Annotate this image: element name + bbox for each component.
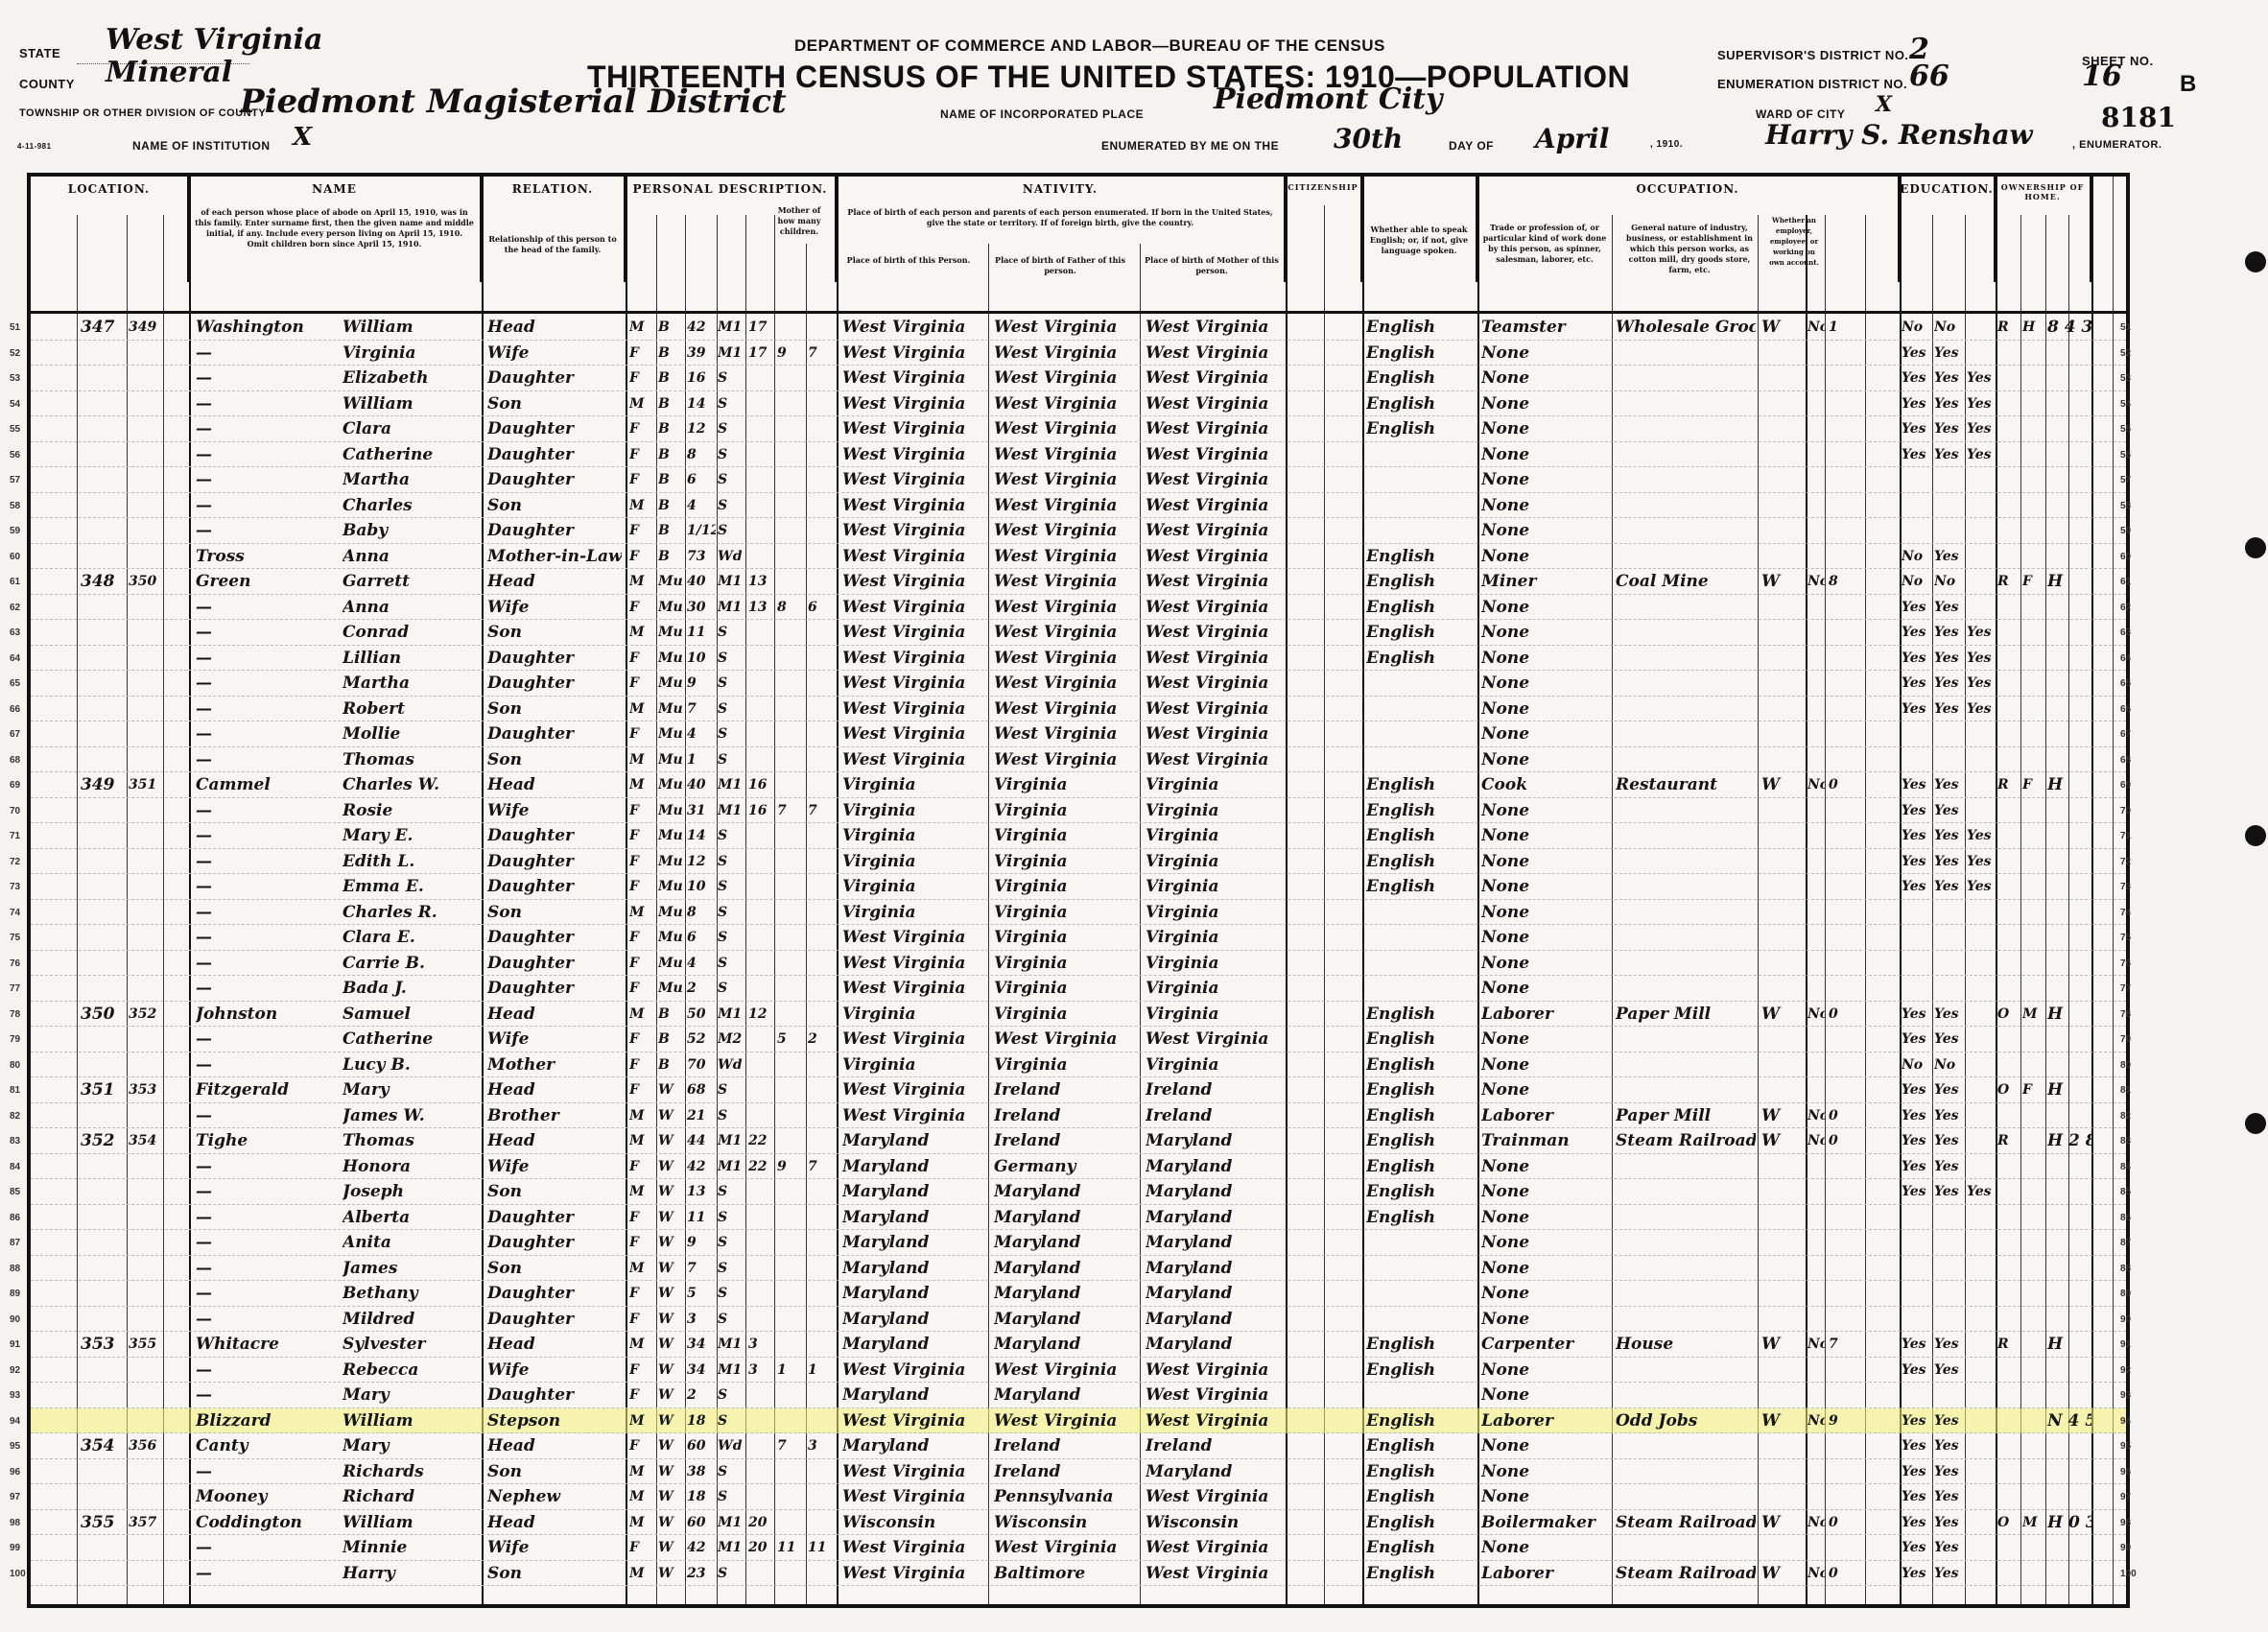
cell-dwelling xyxy=(81,1535,127,1560)
table-row[interactable]: 8888—JamesSonMW7SMarylandMarylandMarylan… xyxy=(31,1256,2126,1282)
cell-own: O xyxy=(1997,1002,2020,1027)
cell-sex: F xyxy=(629,1230,656,1255)
cell-read: Yes xyxy=(1902,1358,1932,1383)
cell-age: 42 xyxy=(687,1154,716,1179)
cell-trade: Boilermaker xyxy=(1481,1510,1611,1535)
cell-write xyxy=(1934,747,1965,772)
cell-surname: — xyxy=(196,391,340,416)
cell-given: William xyxy=(343,315,482,340)
cell-read: Yes xyxy=(1902,391,1932,416)
cell-given: Richards xyxy=(343,1459,482,1484)
cell-pob: West Virginia xyxy=(842,569,986,594)
table-row[interactable]: 8282—James W.BrotherMW21SWest VirginiaIr… xyxy=(31,1103,2126,1129)
line-number: 88 xyxy=(2120,1264,2131,1274)
cell-write: Yes xyxy=(1934,391,1965,416)
cell-read xyxy=(1902,721,1932,746)
cell-relation: Head xyxy=(487,1077,622,1102)
cell-write: Yes xyxy=(1934,1358,1965,1383)
table-row[interactable]: 9696—RichardsSonMW38SWest VirginiaIrelan… xyxy=(31,1459,2126,1485)
cell-own xyxy=(1997,366,2020,390)
cell-years-married xyxy=(748,1281,773,1306)
cell-pob-father: Ireland xyxy=(994,1433,1138,1458)
table-row[interactable]: 5757—MarthaDaughterFB6SWest VirginiaWest… xyxy=(31,467,2126,493)
cell-family xyxy=(129,341,163,366)
cell-extra: N 4 5 3 2 1 xyxy=(2047,1408,2091,1433)
cell-marital: Wd xyxy=(718,1053,746,1077)
line-number: 83 xyxy=(2120,1136,2131,1147)
table-row[interactable]: 7474—Charles R.SonMMu8SVirginiaVirginiaV… xyxy=(31,900,2126,926)
cell-living xyxy=(808,1179,837,1204)
cell-race: W xyxy=(658,1256,685,1281)
cell-race: B xyxy=(658,315,685,340)
cell-sex: F xyxy=(629,518,656,543)
cell-pob: West Virginia xyxy=(842,416,986,441)
table-row[interactable]: 7575—Clara E.DaughterFMu6SWest VirginiaV… xyxy=(31,925,2126,951)
cell-surname: — xyxy=(196,1358,340,1383)
table-row[interactable]: 6868—ThomasSonMMu1SWest VirginiaWest Vir… xyxy=(31,747,2126,773)
line-number: 98 xyxy=(10,1518,20,1528)
cell-years-married: 13 xyxy=(748,595,773,620)
cell-sex: M xyxy=(629,697,656,721)
cell-weeks xyxy=(1829,1154,1863,1179)
table-row[interactable]: 8585—JosephSonMW13SMarylandMarylandMaryl… xyxy=(31,1179,2126,1205)
cell-pob-father: West Virginia xyxy=(994,671,1138,696)
cell-pob-mother: Maryland xyxy=(1146,1230,1286,1255)
cell-language xyxy=(1366,671,1477,696)
cell-race: Mu xyxy=(658,798,685,823)
cell-sex: M xyxy=(629,569,656,594)
cell-race: W xyxy=(658,1459,685,1484)
cell-class xyxy=(1761,747,1804,772)
cell-write: Yes xyxy=(1934,366,1965,390)
table-row[interactable]: 7777—Bada J.DaughterFMu2SWest VirginiaVi… xyxy=(31,976,2126,1002)
table-row[interactable]: 5252—VirginiaWifeFB39M11797West Virginia… xyxy=(31,341,2126,367)
table-row[interactable]: 5454—WilliamSonMB14SWest VirginiaWest Vi… xyxy=(31,391,2126,417)
cell-read: Yes xyxy=(1902,849,1932,874)
line-number: 91 xyxy=(10,1339,20,1350)
cell-living xyxy=(808,849,837,874)
cell-surname: Canty xyxy=(196,1433,340,1458)
cell-school xyxy=(1967,1230,1996,1255)
cell-class: W xyxy=(1761,772,1804,797)
cell-out-of-work xyxy=(1807,925,1825,950)
line-number: 57 xyxy=(10,475,20,485)
cell-dwelling: 348 xyxy=(81,569,127,594)
cell-born xyxy=(777,315,806,340)
table-row[interactable]: 100100—HarrySonMW23SWest VirginiaBaltimo… xyxy=(31,1561,2126,1587)
cell-age: 14 xyxy=(687,391,716,416)
cell-trade: None xyxy=(1481,620,1611,645)
cell-pob-mother: West Virginia xyxy=(1146,391,1286,416)
cell-own xyxy=(1997,925,2020,950)
cell-own xyxy=(1997,1256,2020,1281)
cell-school xyxy=(1967,1332,1996,1357)
cell-weeks xyxy=(1829,1027,1863,1052)
table-row[interactable]: 5555—ClaraDaughterFB12SWest VirginiaWest… xyxy=(31,416,2126,442)
cell-race: B xyxy=(658,1027,685,1052)
cell-surname: — xyxy=(196,1383,340,1407)
cell-pob-mother: West Virginia xyxy=(1146,646,1286,671)
cell-relation: Daughter xyxy=(487,366,622,390)
cell-dwelling: 352 xyxy=(81,1128,127,1153)
table-row[interactable]: 9292—RebeccaWifeFW34M1311West VirginiaWe… xyxy=(31,1358,2126,1384)
cell-relation: Son xyxy=(487,900,622,925)
cell-given: Anna xyxy=(343,595,482,620)
table-row[interactable]: 6363—ConradSonMMu11SWest VirginiaWest Vi… xyxy=(31,620,2126,646)
cell-language: English xyxy=(1366,544,1477,569)
cell-industry xyxy=(1616,1053,1756,1077)
table-row[interactable]: 8383352354TigheThomasHeadMW44M122Marylan… xyxy=(31,1128,2126,1154)
cell-given: Conrad xyxy=(343,620,482,645)
cell-out-of-work xyxy=(1807,391,1825,416)
cell-pob: Maryland xyxy=(842,1281,986,1306)
cell-age: 10 xyxy=(687,874,716,899)
cell-trade: Laborer xyxy=(1481,1002,1611,1027)
cell-read: Yes xyxy=(1902,646,1932,671)
table-row[interactable]: 8787—AnitaDaughterFW9SMarylandMarylandMa… xyxy=(31,1230,2126,1256)
cell-weeks xyxy=(1829,823,1863,848)
cell-trade: None xyxy=(1481,1205,1611,1230)
cell-dwelling xyxy=(81,1281,127,1306)
cell-race: B xyxy=(658,391,685,416)
cell-pob-mother: Virginia xyxy=(1146,1053,1286,1077)
cell-weeks xyxy=(1829,1459,1863,1484)
cell-out-of-work: No xyxy=(1807,1510,1825,1535)
cell-extra: H 0 3 1 5 xyxy=(2047,1510,2091,1535)
cell-own xyxy=(1997,951,2020,976)
cell-race: B xyxy=(658,493,685,518)
cell-relation: Head xyxy=(487,569,622,594)
cell-out-of-work xyxy=(1807,646,1825,671)
table-row[interactable]: 9393—MaryDaughterFW2SMarylandMarylandWes… xyxy=(31,1383,2126,1408)
cell-years-married xyxy=(748,620,773,645)
cell-pob: West Virginia xyxy=(842,366,986,390)
cell-weeks xyxy=(1829,646,1863,671)
cell-weeks xyxy=(1829,620,1863,645)
cell-trade: None xyxy=(1481,747,1611,772)
cell-sex: F xyxy=(629,1433,656,1458)
cell-surname: — xyxy=(196,1535,340,1560)
cell-industry xyxy=(1616,1459,1756,1484)
cell-farm xyxy=(2022,671,2045,696)
cell-surname: — xyxy=(196,518,340,543)
cell-pob-mother: Ireland xyxy=(1146,1077,1286,1102)
cell-sex: F xyxy=(629,925,656,950)
table-row[interactable]: 5959—BabyDaughterFB1/12SWest VirginiaWes… xyxy=(31,518,2126,544)
table-row[interactable]: 7171—Mary E.DaughterFMu14SVirginiaVirgin… xyxy=(31,823,2126,849)
cell-read: Yes xyxy=(1902,1077,1932,1102)
cell-years-married xyxy=(748,467,773,492)
table-row[interactable]: 9797MooneyRichardNephewMW18SWest Virgini… xyxy=(31,1484,2126,1510)
cell-write: Yes xyxy=(1934,772,1965,797)
table-row[interactable]: 7272—Edith L.DaughterFMu12SVirginiaVirgi… xyxy=(31,849,2126,875)
cell-own xyxy=(1997,1484,2020,1509)
cell-industry xyxy=(1616,697,1756,721)
cell-industry xyxy=(1616,646,1756,671)
cell-pob-mother: Virginia xyxy=(1146,900,1286,925)
cell-pob: Maryland xyxy=(842,1154,986,1179)
cell-industry xyxy=(1616,1383,1756,1407)
cell-living xyxy=(808,721,837,746)
cell-farm xyxy=(2022,646,2045,671)
cell-marital: S xyxy=(718,976,746,1001)
cell-born xyxy=(777,925,806,950)
table-row-highlighted[interactable]: 9494BlizzardWilliamStepsonMW18SWest Virg… xyxy=(31,1408,2126,1434)
cell-extra xyxy=(2047,1256,2091,1281)
cell-years-married: 16 xyxy=(748,798,773,823)
cell-trade: None xyxy=(1481,1230,1611,1255)
cell-pob-mother: Maryland xyxy=(1146,1459,1286,1484)
cell-out-of-work xyxy=(1807,1484,1825,1509)
cell-pob-father: Maryland xyxy=(994,1383,1138,1407)
cell-born xyxy=(777,493,806,518)
table-row[interactable]: 6161348350GreenGarrettHeadMMu40M113West … xyxy=(31,569,2126,595)
table-row[interactable]: 8989—BethanyDaughterFW5SMarylandMaryland… xyxy=(31,1281,2126,1307)
cell-years-married xyxy=(748,671,773,696)
cell-pob-mother: West Virginia xyxy=(1146,1535,1286,1560)
cell-language: English xyxy=(1366,798,1477,823)
table-row[interactable]: 6565—MarthaDaughterFMu9SWest VirginiaWes… xyxy=(31,671,2126,697)
cell-sex: F xyxy=(629,1027,656,1052)
table-row[interactable]: 6666—RobertSonMMu7SWest VirginiaWest Vir… xyxy=(31,697,2126,722)
cell-surname: Johnston xyxy=(196,1002,340,1027)
cell-industry xyxy=(1616,493,1756,518)
cell-relation: Wife xyxy=(487,595,622,620)
cell-out-of-work xyxy=(1807,620,1825,645)
cell-own: R xyxy=(1997,772,2020,797)
cell-given: Martha xyxy=(343,671,482,696)
cell-sex: F xyxy=(629,721,656,746)
cell-industry: Coal Mine xyxy=(1616,569,1756,594)
cell-race: Mu xyxy=(658,595,685,620)
line-number: 76 xyxy=(2120,958,2131,969)
cell-sex: F xyxy=(629,1154,656,1179)
cell-family xyxy=(129,1027,163,1052)
table-row[interactable]: 6262—AnnaWifeFMu30M11386West VirginiaWes… xyxy=(31,595,2126,621)
cell-living xyxy=(808,1484,837,1509)
institution-value: X xyxy=(293,123,312,152)
cell-relation: Son xyxy=(487,1179,622,1204)
cell-relation: Wife xyxy=(487,341,622,366)
cell-out-of-work xyxy=(1807,874,1825,899)
line-number: 94 xyxy=(2120,1416,2131,1427)
table-row[interactable]: 6767—MollieDaughterFMu4SWest VirginiaWes… xyxy=(31,721,2126,747)
cell-class: W xyxy=(1761,1510,1804,1535)
cell-surname: — xyxy=(196,1459,340,1484)
table-row[interactable]: 9898355357CoddingtonWilliamHeadMW60M120W… xyxy=(31,1510,2126,1536)
cell-living xyxy=(808,518,837,543)
table-row[interactable]: 5151347349WashingtonWilliamHeadMB42M117W… xyxy=(31,315,2126,341)
cell-living: 3 xyxy=(808,1433,837,1458)
line-number: 59 xyxy=(2120,526,2131,536)
cell-weeks xyxy=(1829,391,1863,416)
cell-family xyxy=(129,721,163,746)
cell-school: Yes xyxy=(1967,620,1996,645)
cell-trade: None xyxy=(1481,874,1611,899)
cell-read xyxy=(1902,951,1932,976)
cell-pob-mother: West Virginia xyxy=(1146,442,1286,467)
cell-pob-father: Virginia xyxy=(994,798,1138,823)
cell-school xyxy=(1967,1561,1996,1586)
line-number: 58 xyxy=(2120,501,2131,511)
cell-weeks: 8 xyxy=(1829,569,1863,594)
cell-weeks xyxy=(1829,1256,1863,1281)
table-row[interactable]: 8686—AlbertaDaughterFW11SMarylandMarylan… xyxy=(31,1205,2126,1231)
table-row[interactable]: 7676—Carrie B.DaughterFMu4SWest Virginia… xyxy=(31,951,2126,977)
enumeration-district-value: 66 xyxy=(1909,59,1949,93)
cell-marital: S xyxy=(718,1459,746,1484)
ward-label: WARD OF CITY xyxy=(1756,107,1845,121)
cell-surname: — xyxy=(196,341,340,366)
cell-sex: F xyxy=(629,951,656,976)
cell-farm xyxy=(2022,1561,2045,1586)
cell-living xyxy=(808,1128,837,1153)
cell-own: O xyxy=(1997,1510,2020,1535)
cell-age: 40 xyxy=(687,772,716,797)
cell-pob-mother: Maryland xyxy=(1146,1205,1286,1230)
cell-extra: 8 4 3 xyxy=(2047,315,2091,340)
cell-class xyxy=(1761,391,1804,416)
cell-age: 23 xyxy=(687,1561,716,1586)
table-row[interactable]: 8080—Lucy B.MotherFB70WdVirginiaVirginia… xyxy=(31,1053,2126,1078)
cell-born xyxy=(777,1307,806,1332)
cell-years-married: 17 xyxy=(748,315,773,340)
table-row[interactable]: 8181351353FitzgeraldMaryHeadFW68SWest Vi… xyxy=(31,1077,2126,1103)
table-row[interactable]: 9191353355WhitacreSylvesterHeadMW34M13Ma… xyxy=(31,1332,2126,1358)
cell-language xyxy=(1366,493,1477,518)
table-row[interactable]: 5656—CatherineDaughterFB8SWest VirginiaW… xyxy=(31,442,2126,468)
cell-years-married xyxy=(748,951,773,976)
table-row[interactable]: 9090—MildredDaughterFW3SMarylandMaryland… xyxy=(31,1307,2126,1333)
line-number: 90 xyxy=(2120,1314,2131,1325)
cell-dwelling xyxy=(81,697,127,721)
cell-weeks xyxy=(1829,544,1863,569)
table-row[interactable]: 6969349351CammelCharles W.HeadMMu40M116V… xyxy=(31,772,2126,798)
cell-family xyxy=(129,1256,163,1281)
cell-language: English xyxy=(1366,595,1477,620)
cell-sex: M xyxy=(629,1408,656,1433)
table-row[interactable]: 6060TrossAnnaMother-in-LawFB73WdWest Vir… xyxy=(31,544,2126,570)
cell-industry xyxy=(1616,671,1756,696)
cell-write xyxy=(1934,925,1965,950)
cell-own xyxy=(1997,849,2020,874)
cell-own: R xyxy=(1997,1332,2020,1357)
cell-read: Yes xyxy=(1902,772,1932,797)
cell-race: Mu xyxy=(658,721,685,746)
cell-trade: Carpenter xyxy=(1481,1332,1611,1357)
table-row[interactable]: 6464—LillianDaughterFMu10SWest VirginiaW… xyxy=(31,646,2126,672)
cell-relation: Wife xyxy=(487,1535,622,1560)
cell-write: Yes xyxy=(1934,1535,1965,1560)
cell-marital: Wd xyxy=(718,1433,746,1458)
cell-class xyxy=(1761,366,1804,390)
cell-industry xyxy=(1616,1358,1756,1383)
table-row[interactable]: 5353—ElizabethDaughterFB16SWest Virginia… xyxy=(31,366,2126,391)
cell-out-of-work xyxy=(1807,747,1825,772)
cell-dwelling xyxy=(81,874,127,899)
cell-pob-mother: Virginia xyxy=(1146,772,1286,797)
cell-age: 2 xyxy=(687,976,716,1001)
cell-born xyxy=(777,1179,806,1204)
cell-relation: Head xyxy=(487,1433,622,1458)
cell-farm xyxy=(2022,1154,2045,1179)
cell-extra xyxy=(2047,442,2091,467)
cell-marital: S xyxy=(718,620,746,645)
cell-language xyxy=(1366,925,1477,950)
table-row[interactable]: 7979—CatherineWifeFB52M252West VirginiaW… xyxy=(31,1027,2126,1053)
cell-marital: S xyxy=(718,493,746,518)
cell-age: 5 xyxy=(687,1281,716,1306)
line-number: 56 xyxy=(2120,450,2131,461)
cell-pob: West Virginia xyxy=(842,1077,986,1102)
cell-pob-father: Maryland xyxy=(994,1332,1138,1357)
line-number: 88 xyxy=(10,1264,20,1274)
cell-write: Yes xyxy=(1934,798,1965,823)
cell-write: Yes xyxy=(1934,1103,1965,1128)
cell-born: 7 xyxy=(777,798,806,823)
cell-dwelling: 355 xyxy=(81,1510,127,1535)
cell-born xyxy=(777,1002,806,1027)
cell-industry: House xyxy=(1616,1332,1756,1357)
cell-class xyxy=(1761,341,1804,366)
line-number: 75 xyxy=(10,933,20,943)
cell-sex: M xyxy=(629,900,656,925)
cell-pob-mother: Virginia xyxy=(1146,925,1286,950)
cell-given: Anita xyxy=(343,1230,482,1255)
cell-extra: H xyxy=(2047,772,2091,797)
cell-out-of-work xyxy=(1807,900,1825,925)
table-row[interactable]: 9595354356CantyMaryHeadFW60Wd73MarylandI… xyxy=(31,1433,2126,1459)
cell-pob-mother: West Virginia xyxy=(1146,1027,1286,1052)
sheet-value: 16 xyxy=(2082,59,2122,93)
table-row[interactable]: 7373—Emma E.DaughterFMu10SVirginiaVirgin… xyxy=(31,874,2126,900)
cell-industry xyxy=(1616,1433,1756,1458)
cell-race: Mu xyxy=(658,772,685,797)
table-row[interactable]: 5858—CharlesSonMB4SWest VirginiaWest Vir… xyxy=(31,493,2126,519)
cell-read: Yes xyxy=(1902,874,1932,899)
table-row[interactable]: 9999—MinnieWifeFW42M1201111West Virginia… xyxy=(31,1535,2126,1561)
cell-family xyxy=(129,493,163,518)
cell-class xyxy=(1761,1281,1804,1306)
cell-read xyxy=(1902,493,1932,518)
line-number: 74 xyxy=(2120,908,2131,918)
cell-dwelling: 349 xyxy=(81,772,127,797)
cell-industry xyxy=(1616,874,1756,899)
header-rule xyxy=(31,311,2126,314)
cell-marital: M1 xyxy=(718,595,746,620)
cell-pob: West Virginia xyxy=(842,493,986,518)
table-row[interactable]: 7878350352JohnstonSamuelHeadMB50M112Virg… xyxy=(31,1002,2126,1028)
cell-born xyxy=(777,874,806,899)
line-number: 94 xyxy=(10,1416,20,1427)
table-row[interactable]: 8484—HonoraWifeFW42M12297MarylandGermany… xyxy=(31,1154,2126,1180)
cell-industry xyxy=(1616,1535,1756,1560)
cell-pob: West Virginia xyxy=(842,595,986,620)
cell-family xyxy=(129,442,163,467)
table-row[interactable]: 7070—RosieWifeFMu31M11677VirginiaVirgini… xyxy=(31,798,2126,824)
cell-farm xyxy=(2022,1535,2045,1560)
cell-living xyxy=(808,1383,837,1407)
cell-years-married xyxy=(748,1307,773,1332)
cell-relation: Nephew xyxy=(487,1484,622,1509)
line-number: 54 xyxy=(2120,399,2131,410)
cell-weeks xyxy=(1829,925,1863,950)
cell-age: 52 xyxy=(687,1027,716,1052)
line-number: 64 xyxy=(2120,653,2131,664)
cell-years-married: 17 xyxy=(748,341,773,366)
section-home-ownership: OWNERSHIP OF HOME. xyxy=(1996,177,2091,282)
cell-race: Mu xyxy=(658,823,685,848)
